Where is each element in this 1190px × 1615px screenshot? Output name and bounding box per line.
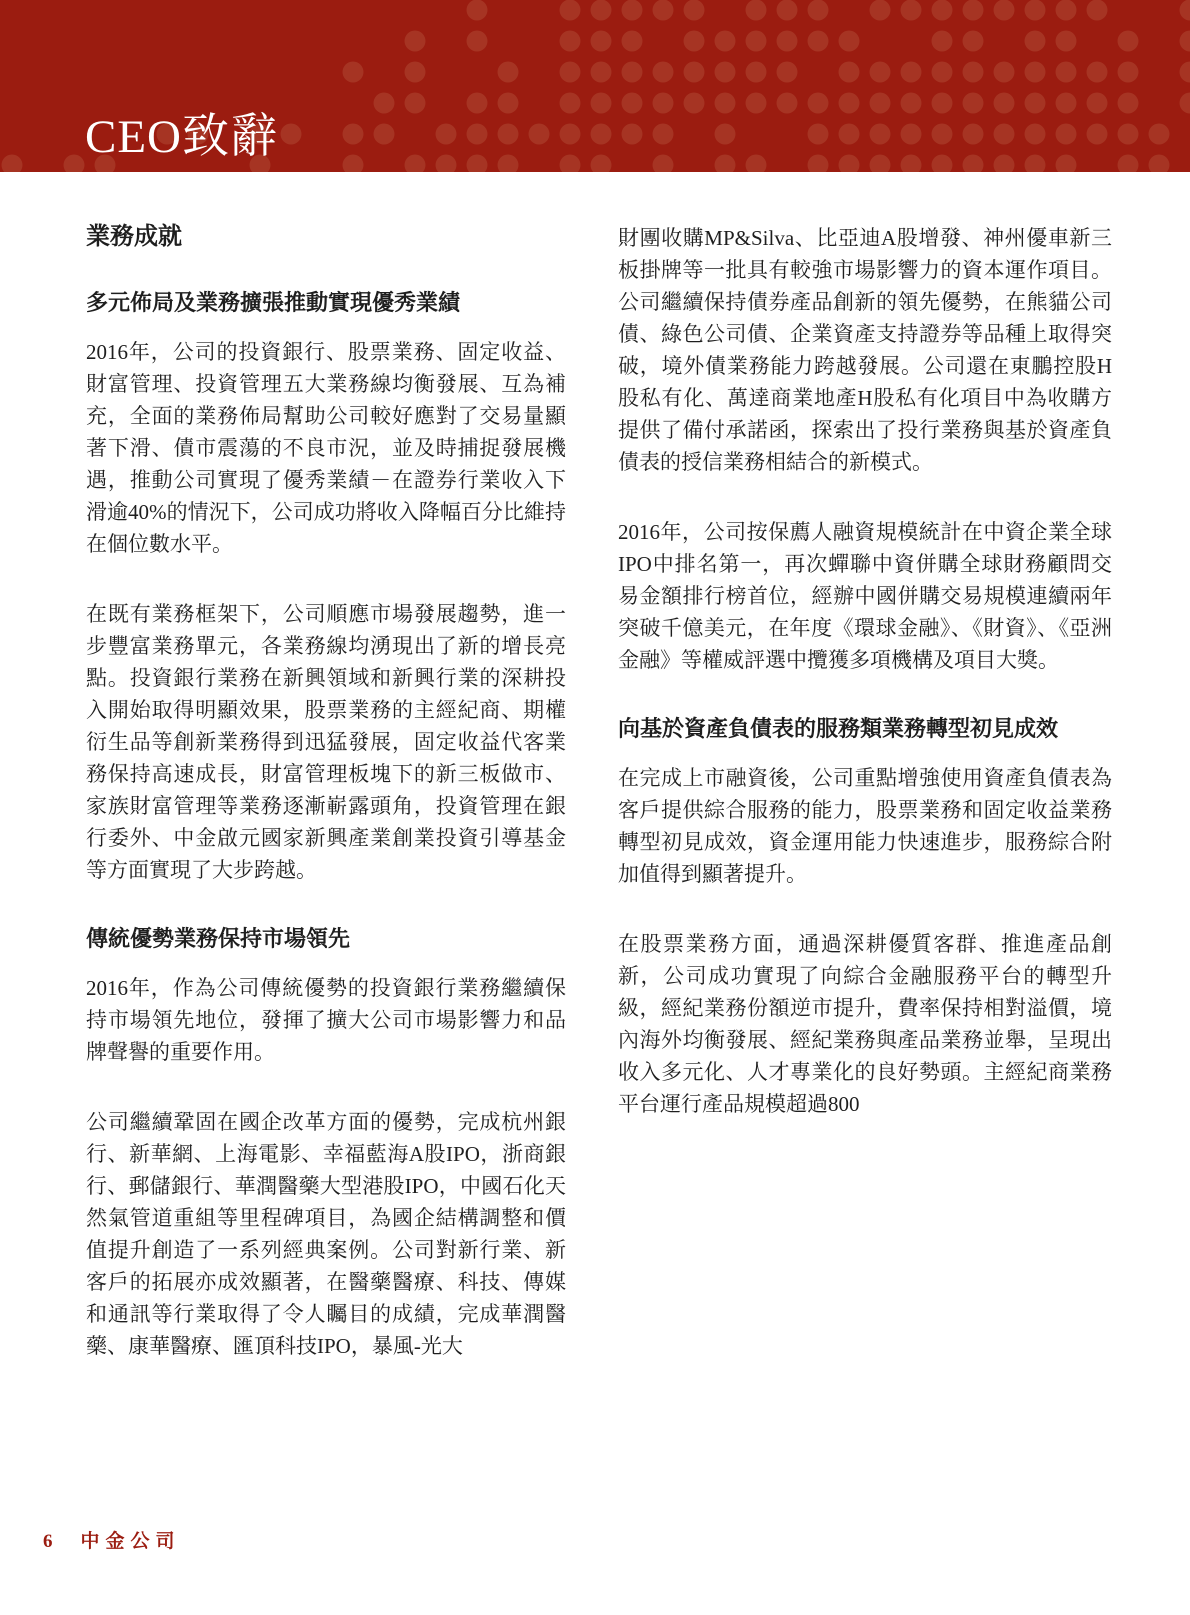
left-column: 業務成就多元佈局及業務擴張推動實現優秀業績2016年，公司的投資銀行、股票業務、… bbox=[86, 222, 566, 1400]
paragraph: 2016年，公司的投資銀行、股票業務、固定收益、財富管理、投資管理五大業務線均衡… bbox=[86, 336, 566, 560]
document-page: CEO致辭 業務成就多元佈局及業務擴張推動實現優秀業績2016年，公司的投資銀行… bbox=[0, 0, 1190, 1615]
page-number: 6 bbox=[43, 1531, 53, 1553]
section-heading: 業務成就 bbox=[86, 222, 566, 252]
paragraph: 2016年，作為公司傳統優勢的投資銀行業務繼續保持市場領先地位，發揮了擴大公司市… bbox=[86, 972, 566, 1068]
section-heading: 向基於資產負債表的服務類業務轉型初見成效 bbox=[618, 714, 1112, 744]
paragraph: 在股票業務方面，通過深耕優質客群、推進產品創新，公司成功實現了向綜合金融服務平台… bbox=[618, 928, 1112, 1120]
paragraph: 在完成上市融資後，公司重點增強使用資產負債表為客戶提供綜合服務的能力，股票業務和… bbox=[618, 762, 1112, 890]
paragraph: 2016年，公司按保薦人融資規模統計在中資企業全球IPO中排名第一，再次蟬聯中資… bbox=[618, 516, 1112, 676]
page-footer: 6 中金公司 bbox=[43, 1526, 181, 1553]
page-content: 業務成就多元佈局及業務擴張推動實現優秀業績2016年，公司的投資銀行、股票業務、… bbox=[86, 222, 1112, 1400]
paragraph: 財團收購MP&Silva、比亞迪A股增發、神州優車新三板掛牌等一批具有較強市場影… bbox=[618, 222, 1112, 478]
section-heading: 傳統優勢業務保持市場領先 bbox=[86, 924, 566, 954]
paragraph: 公司繼續鞏固在國企改革方面的優勢，完成杭州銀行、新華網、上海電影、幸福藍海A股I… bbox=[86, 1106, 566, 1362]
paragraph: 在既有業務框架下，公司順應市場發展趨勢，進一步豐富業務單元，各業務線均湧現出了新… bbox=[86, 598, 566, 886]
page-title: CEO致辭 bbox=[85, 99, 278, 166]
company-name: 中金公司 bbox=[81, 1526, 181, 1553]
page-banner: CEO致辭 bbox=[0, 0, 1190, 172]
section-heading: 多元佈局及業務擴張推動實現優秀業績 bbox=[86, 288, 566, 318]
right-column: 財團收購MP&Silva、比亞迪A股增發、神州優車新三板掛牌等一批具有較強市場影… bbox=[618, 222, 1112, 1400]
